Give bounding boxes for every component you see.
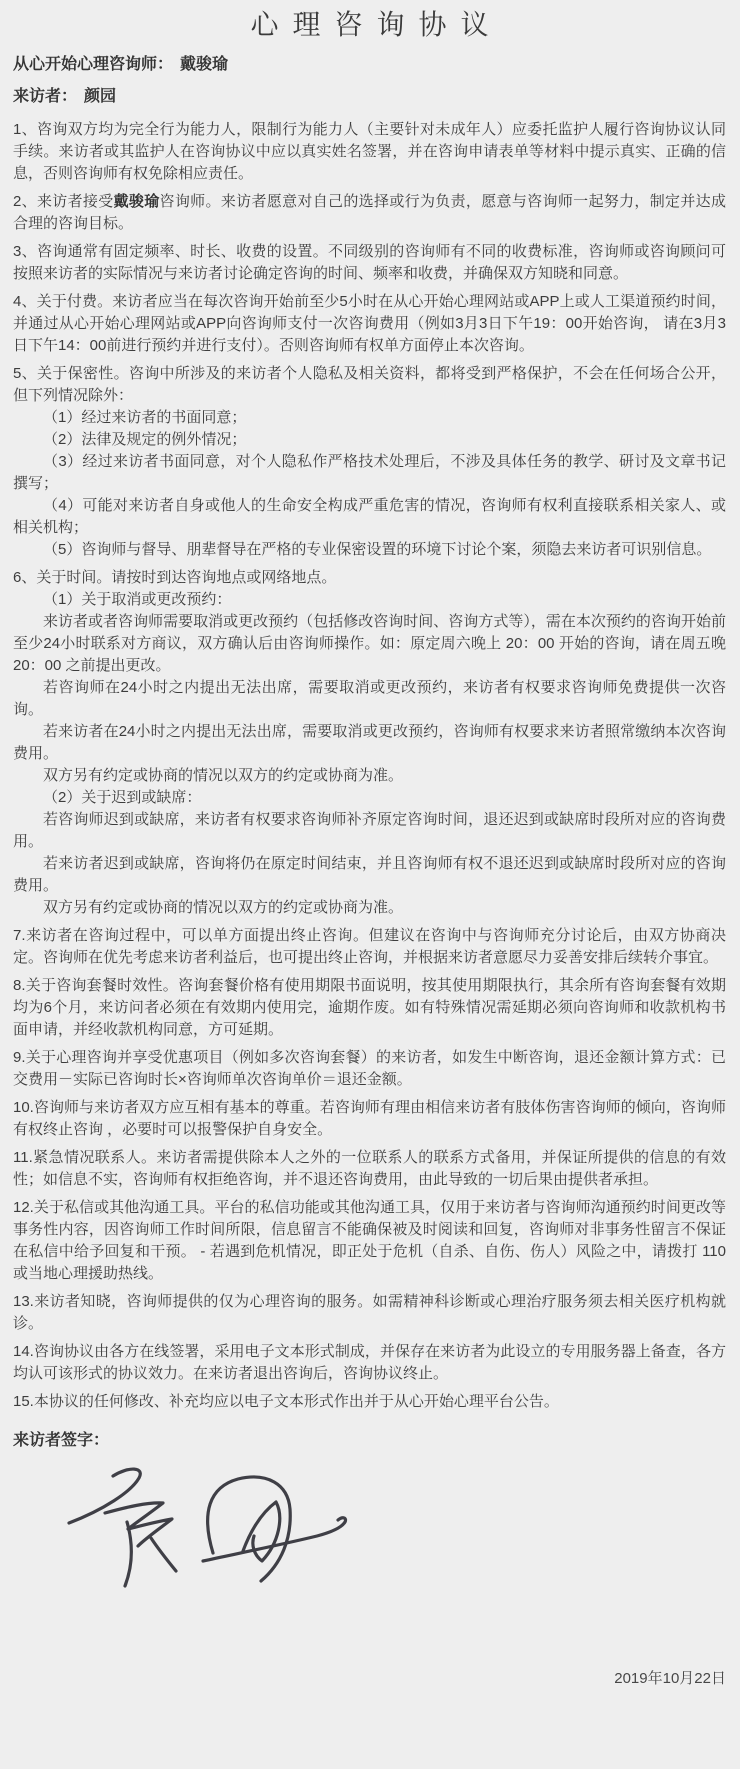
clause-8: 8.关于咨询套餐时效性。咨询套餐价格有使用期限书面说明，按其使用期限执行，其余所… — [13, 975, 726, 1041]
clause-12: 12.关于私信或其他沟通工具。平台的私信功能或其他沟通工具，仅用于来访者与咨询师… — [13, 1197, 726, 1285]
page-title: 心理咨询协议 — [13, 6, 726, 44]
clause-2-text: 2、来访者接受 — [13, 193, 114, 210]
clause-6-sub-2-counselor-late: 若咨询师迟到或缺席，来访者有权要求咨询师补齐原定咨询时间，退还迟到或缺席时段所对… — [13, 809, 726, 853]
agreement-document: 心理咨询协议 从心开始心理咨询师：戴骏瑜 来访者：颜园 1、咨询双方均为完全行为… — [0, 0, 740, 1690]
clause-6-sub-1-mutual: 双方另有约定或协商的情况以双方的约定或协商为准。 — [13, 765, 726, 787]
clause-6-sub-1-client-cancel: 若来访者在24小时之内提出无法出席，需要取消或更改预约，咨询师有权要求来访者照常… — [13, 721, 726, 765]
signature-label: 来访者签字： — [13, 1430, 726, 1452]
clause-6-sub-1-counselor-cancel: 若咨询师在24小时之内提出无法出席，需要取消或更改预约，来访者有权要求咨询师免费… — [13, 677, 726, 721]
signature-stroke — [125, 1522, 131, 1586]
clause-6-intro: 6、关于时间。请按时到达咨询地点或网络地点。 — [13, 567, 726, 589]
clause-5-item-2: （2）法律及规定的例外情况； — [13, 429, 726, 451]
clause-6: 6、关于时间。请按时到达咨询地点或网络地点。 （1）关于取消或更改预约： 来访者… — [13, 567, 726, 919]
clause-5-item-1: （1）经过来访者的书面同意； — [13, 407, 726, 429]
clause-4: 4、关于付费。来访者应当在每次咨询开始前至少5小时在从心开始心理网站或APP上或… — [13, 291, 726, 357]
clause-6-sub-2-mutual: 双方另有约定或协商的情况以双方的约定或协商为准。 — [13, 897, 726, 919]
clause-2: 2、来访者接受戴骏瑜咨询师。来访者愿意对自己的选择或行为负责，愿意与咨询师一起努… — [13, 191, 726, 235]
clause-11: 11.紧急情况联系人。来访者需提供除本人之外的一位联系人的联系方式备用，并保证所… — [13, 1147, 726, 1191]
signature-stroke — [151, 1538, 176, 1571]
clause-15: 15.本协议的任何修改、补充均应以电子文本形式作出并于从心开始心理平台公告。 — [13, 1391, 726, 1413]
client-name: 颜园 — [84, 88, 116, 105]
counselor-label: 从心开始心理咨询师： — [13, 56, 173, 73]
clause-6-sub-2: （2）关于迟到或缺席： — [13, 787, 726, 809]
clause-5-intro: 5、关于保密性。咨询中所涉及的来访者个人隐私及相关资料，都将受到严格保护，不会在… — [13, 363, 726, 407]
clause-5: 5、关于保密性。咨询中所涉及的来访者个人隐私及相关资料，都将受到严格保护，不会在… — [13, 363, 726, 561]
clause-13: 13.来访者知晓，咨询师提供的仅为心理咨询的服务。如需精神科诊断或心理治疗服务须… — [13, 1291, 726, 1335]
clause-14: 14.咨询协议由各方在线签署，采用电子文本形式制成，并保存在来访者为此设立的专用… — [13, 1341, 726, 1385]
clause-1: 1、咨询双方均为完全行为能力人，限制行为能力人（主要针对未成年人）应委托监护人履… — [13, 119, 726, 185]
signature-stroke — [105, 1503, 172, 1546]
clause-5-item-4: （4）可能对来访者自身或他人的生命安全构成严重危害的情况，咨询师有权利直接联系相… — [13, 495, 726, 539]
signature-handwriting-icon — [55, 1465, 355, 1613]
clause-6-sub-1: （1）关于取消或更改预约： — [13, 589, 726, 611]
clause-7: 7.来访者在咨询过程中，可以单方面提出终止咨询。但建议在咨询中与咨询师充分讨论后… — [13, 925, 726, 969]
clause-6-sub-1-detail: 来访者或者咨询师需要取消或更改预约（包括修改咨询时间、咨询方式等），需在本次预约… — [13, 611, 726, 677]
clause-5-item-5: （5）咨询师与督导、朋辈督导在严格的专业保密设置的环境下讨论个案，须隐去来访者可… — [13, 539, 726, 561]
counselor-line: 从心开始心理咨询师：戴骏瑜 — [13, 54, 726, 76]
clause-6-sub-2-client-late: 若来访者迟到或缺席，咨询将仍在原定时间结束，并且咨询师有权不退还迟到或缺席时段所… — [13, 853, 726, 897]
date-text: 2019年10月22日 — [13, 1668, 726, 1690]
client-label: 来访者： — [13, 88, 77, 105]
clause-10: 10.咨询师与来访者双方应互相有基本的尊重。若咨询师有理由相信来访者有肢体伤害咨… — [13, 1097, 726, 1141]
clause-9: 9.关于心理咨询并享受优惠项目（例如多次咨询套餐）的来访者，如发生中断咨询，退还… — [13, 1047, 726, 1091]
client-line: 来访者：颜园 — [13, 86, 726, 108]
signature-image — [55, 1465, 726, 1613]
signature-stroke — [69, 1469, 140, 1523]
clause-3: 3、咨询通常有固定频率、时长、收费的设置。不同级别的咨询师有不同的收费标准，咨询… — [13, 241, 726, 285]
clause-2-counselor-name: 戴骏瑜 — [114, 193, 160, 210]
clause-5-item-3: （3）经过来访者书面同意，对个人隐私作严格技术处理后，不涉及具体任务的教学、研讨… — [13, 451, 726, 495]
counselor-name: 戴骏瑜 — [180, 56, 228, 73]
